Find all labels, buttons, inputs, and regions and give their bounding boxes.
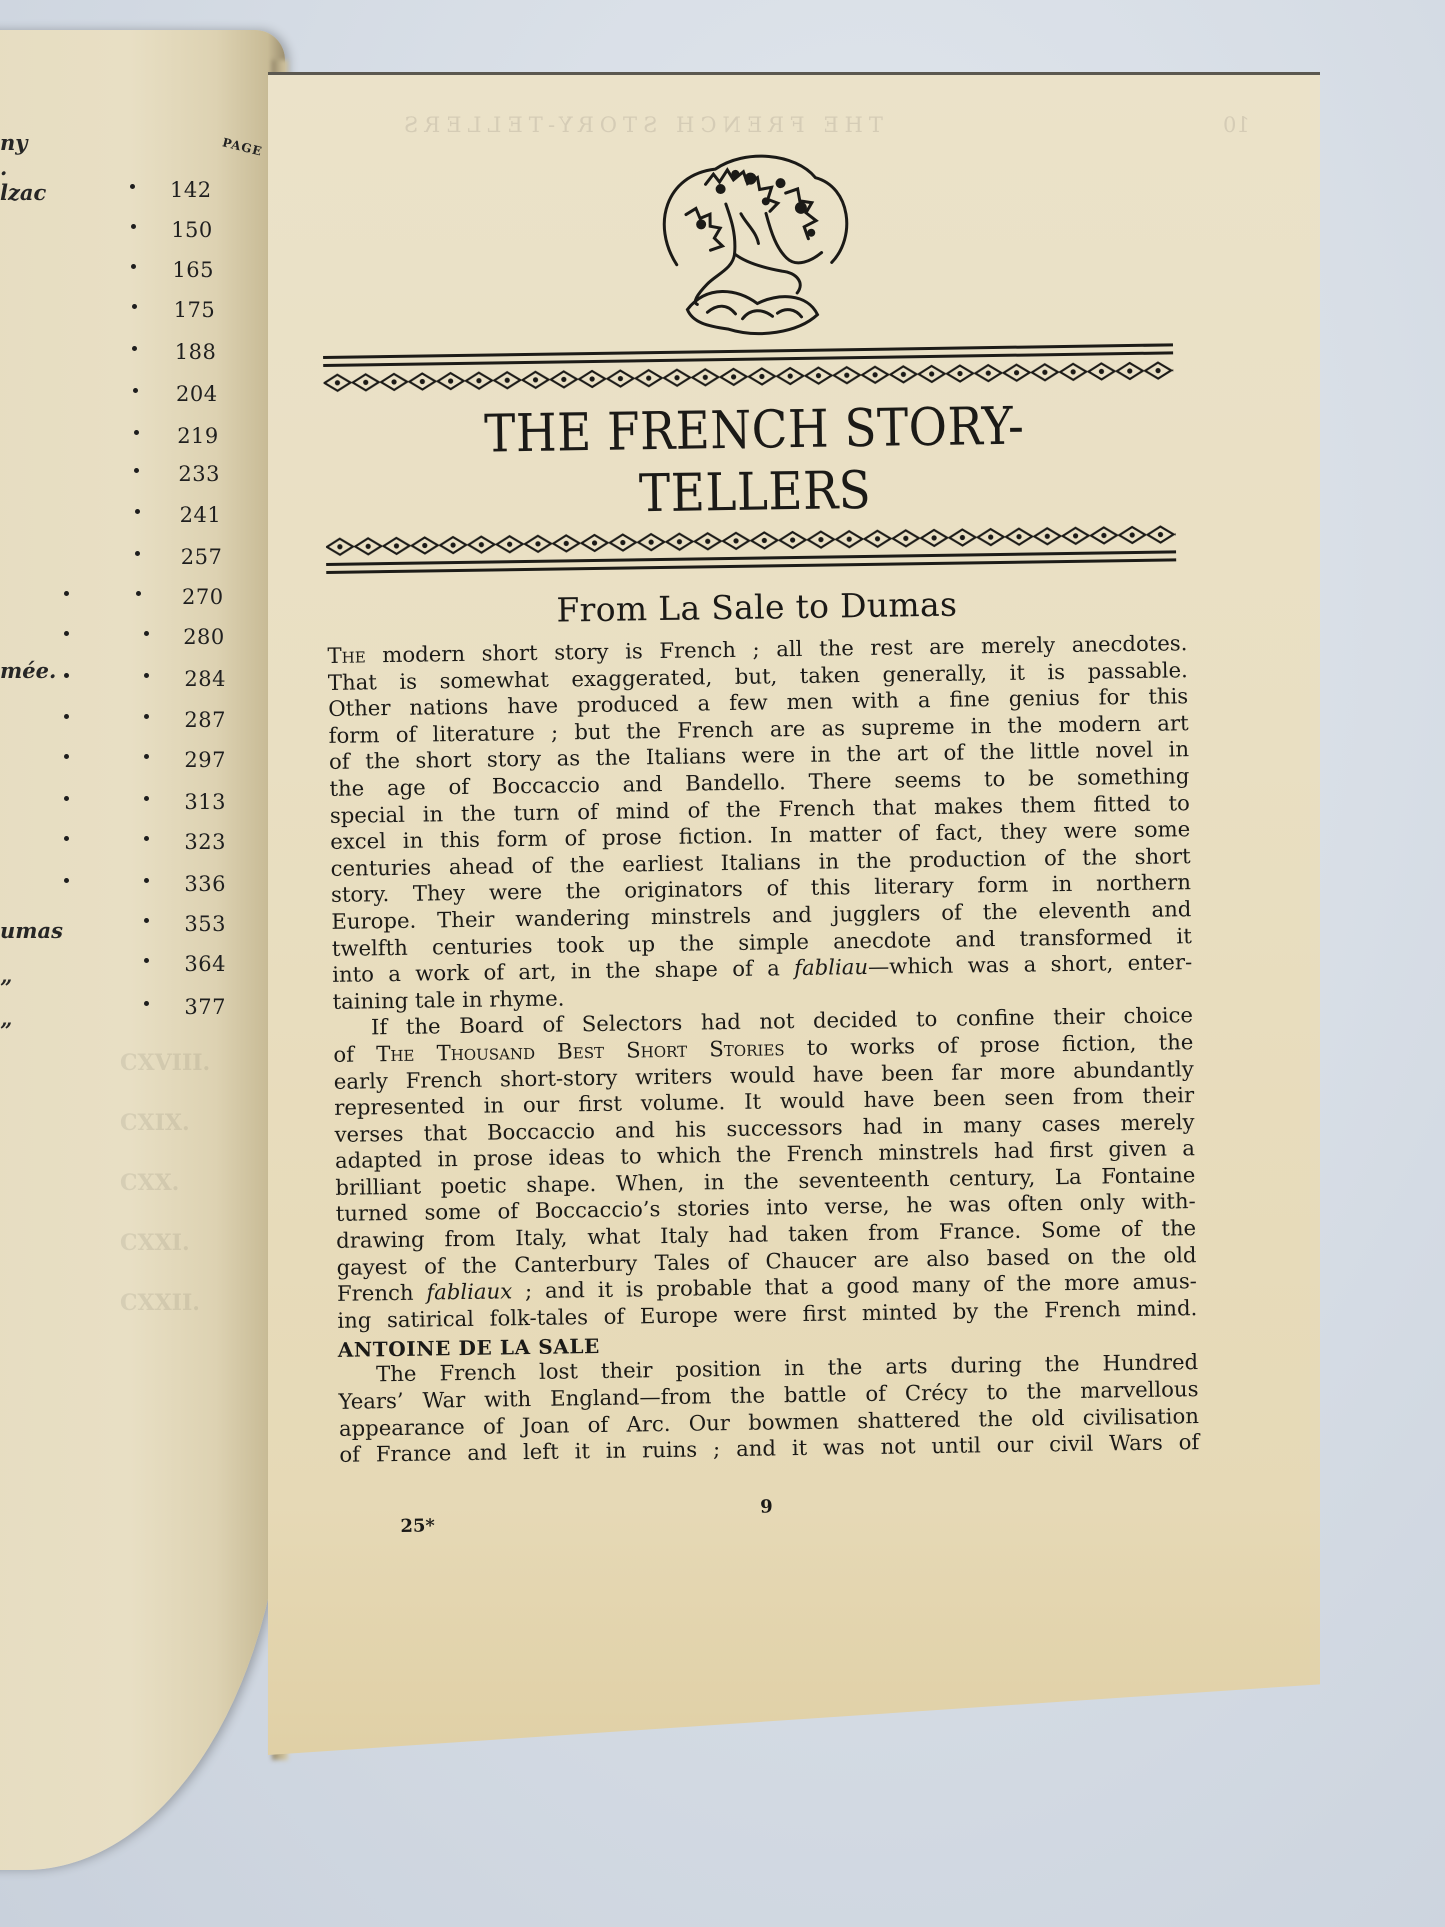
leader-dot-icon bbox=[144, 714, 149, 719]
leader-dot-icon bbox=[134, 430, 139, 435]
leader-dot-icon bbox=[135, 509, 140, 514]
section-subtitle: From La Sale to Dumas bbox=[327, 581, 1187, 633]
toc-page-number: 313 bbox=[184, 790, 226, 814]
page-number: 9 bbox=[760, 1496, 773, 1517]
toc-page-number: 188 bbox=[175, 340, 217, 364]
italic-term: fabliau bbox=[794, 954, 868, 980]
toc-page-number: 233 bbox=[178, 462, 220, 486]
toc-entry-title-fragment: lzac bbox=[0, 180, 46, 205]
toc-page-number: 270 bbox=[182, 585, 224, 609]
tree-figure-vignette-icon bbox=[645, 142, 858, 345]
toc-page-number: 323 bbox=[184, 830, 226, 854]
chapter-title-line-1: THE FRENCH STORY- bbox=[367, 394, 1142, 467]
text-fragment: French bbox=[337, 1280, 427, 1306]
leader-dot-icon bbox=[133, 388, 138, 393]
leader-dot-icon bbox=[144, 631, 149, 636]
toc-page-number: 284 bbox=[184, 667, 226, 691]
showthrough-text: CXXII. bbox=[120, 1290, 200, 1316]
leader-dot-icon bbox=[144, 673, 149, 678]
showthrough-text: CXVIII. bbox=[120, 1050, 210, 1076]
leader-dot-icon bbox=[64, 836, 69, 841]
leader-dot-icon bbox=[144, 878, 149, 883]
leader-dot-icon bbox=[64, 796, 69, 801]
italic-term: fabliaux bbox=[426, 1279, 512, 1305]
body-paragraph-2: If the Board of Selectors had not decide… bbox=[333, 1002, 1198, 1334]
leader-dot-icon bbox=[132, 304, 137, 309]
book-title-smallcaps: The Thousand Best Short Stories bbox=[376, 1035, 785, 1066]
leader-dot-icon bbox=[64, 673, 69, 678]
body-paragraph-3: The French lost their position in the ar… bbox=[338, 1350, 1199, 1469]
leader-dot-icon bbox=[144, 1001, 149, 1006]
toc-page-number: 204 bbox=[176, 382, 218, 406]
text-fragment: —which was a short, enter- bbox=[868, 949, 1192, 979]
toc-page-number: 336 bbox=[184, 872, 226, 896]
double-rule bbox=[323, 343, 1173, 359]
showthrough-text: CXIX. bbox=[120, 1110, 190, 1136]
text-fragment: of bbox=[333, 1041, 376, 1067]
toc-entry-title-fragment: ” bbox=[0, 975, 12, 1000]
toc-page-number: 241 bbox=[180, 503, 222, 527]
leader-dot-icon bbox=[131, 224, 136, 229]
toc-page-number: 142 bbox=[170, 178, 212, 202]
signature-mark: 25* bbox=[400, 1515, 435, 1537]
toc-page-number: 175 bbox=[174, 298, 216, 322]
toc-page-number: 353 bbox=[184, 912, 226, 936]
leader-dot-icon bbox=[64, 591, 69, 596]
leader-dot-icon bbox=[136, 591, 141, 596]
left-page-contents: CXVIII. CXIX. CXX. CXXI. CXXII. bbox=[0, 30, 285, 1870]
toc-page-number: 364 bbox=[184, 952, 226, 976]
leader-dot-icon bbox=[64, 714, 69, 719]
leader-dot-icon bbox=[64, 754, 69, 759]
showthrough-running-header: THE FRENCH STORY-TELLERS bbox=[398, 113, 883, 137]
toc-page-number: 280 bbox=[183, 625, 225, 649]
chapter-title: THE FRENCH STORY- TELLERS bbox=[367, 394, 1143, 529]
toc-page-number: 287 bbox=[184, 708, 226, 732]
top-ornamental-border bbox=[323, 343, 1173, 394]
toc-page-number: 150 bbox=[171, 218, 213, 242]
toc-page-number: 219 bbox=[177, 424, 219, 448]
leader-dot-icon bbox=[130, 184, 135, 189]
toc-entry-title-fragment: ny . bbox=[0, 130, 27, 180]
toc-entry-title-fragment: ” bbox=[0, 1018, 12, 1043]
leader-dot-icon bbox=[144, 918, 149, 923]
bottom-ornamental-border bbox=[326, 523, 1176, 574]
toc-page-number: 257 bbox=[181, 545, 223, 569]
chapter-title-line-2: TELLERS bbox=[368, 456, 1143, 529]
showthrough-text: CXX. bbox=[120, 1170, 179, 1196]
chapter-page-content: THE FRENCH STORY- TELLERS From La Sale t… bbox=[320, 137, 1201, 1542]
leader-dot-icon bbox=[64, 878, 69, 883]
showthrough-page-number: 10 bbox=[1223, 113, 1250, 137]
toc-page-number: 377 bbox=[184, 995, 226, 1019]
toc-page-number: 165 bbox=[172, 258, 214, 282]
leader-dot-icon bbox=[144, 796, 149, 801]
text-fragment: to works of prose fiction, the bbox=[784, 1029, 1193, 1060]
body-paragraph-1: The modern short story is French ; all t… bbox=[327, 630, 1192, 1015]
toc-entry-title-fragment: mée. bbox=[0, 658, 56, 683]
leader-dot-icon bbox=[144, 754, 149, 759]
showthrough-text: CXXI. bbox=[120, 1230, 190, 1256]
toc-page-number: 297 bbox=[184, 748, 226, 772]
opening-smallcaps: The bbox=[327, 642, 366, 668]
leader-dot-icon bbox=[144, 958, 149, 963]
toc-entry-title-fragment: umas bbox=[0, 918, 63, 943]
leader-dot-icon bbox=[64, 631, 69, 636]
leader-dot-icon bbox=[144, 836, 149, 841]
